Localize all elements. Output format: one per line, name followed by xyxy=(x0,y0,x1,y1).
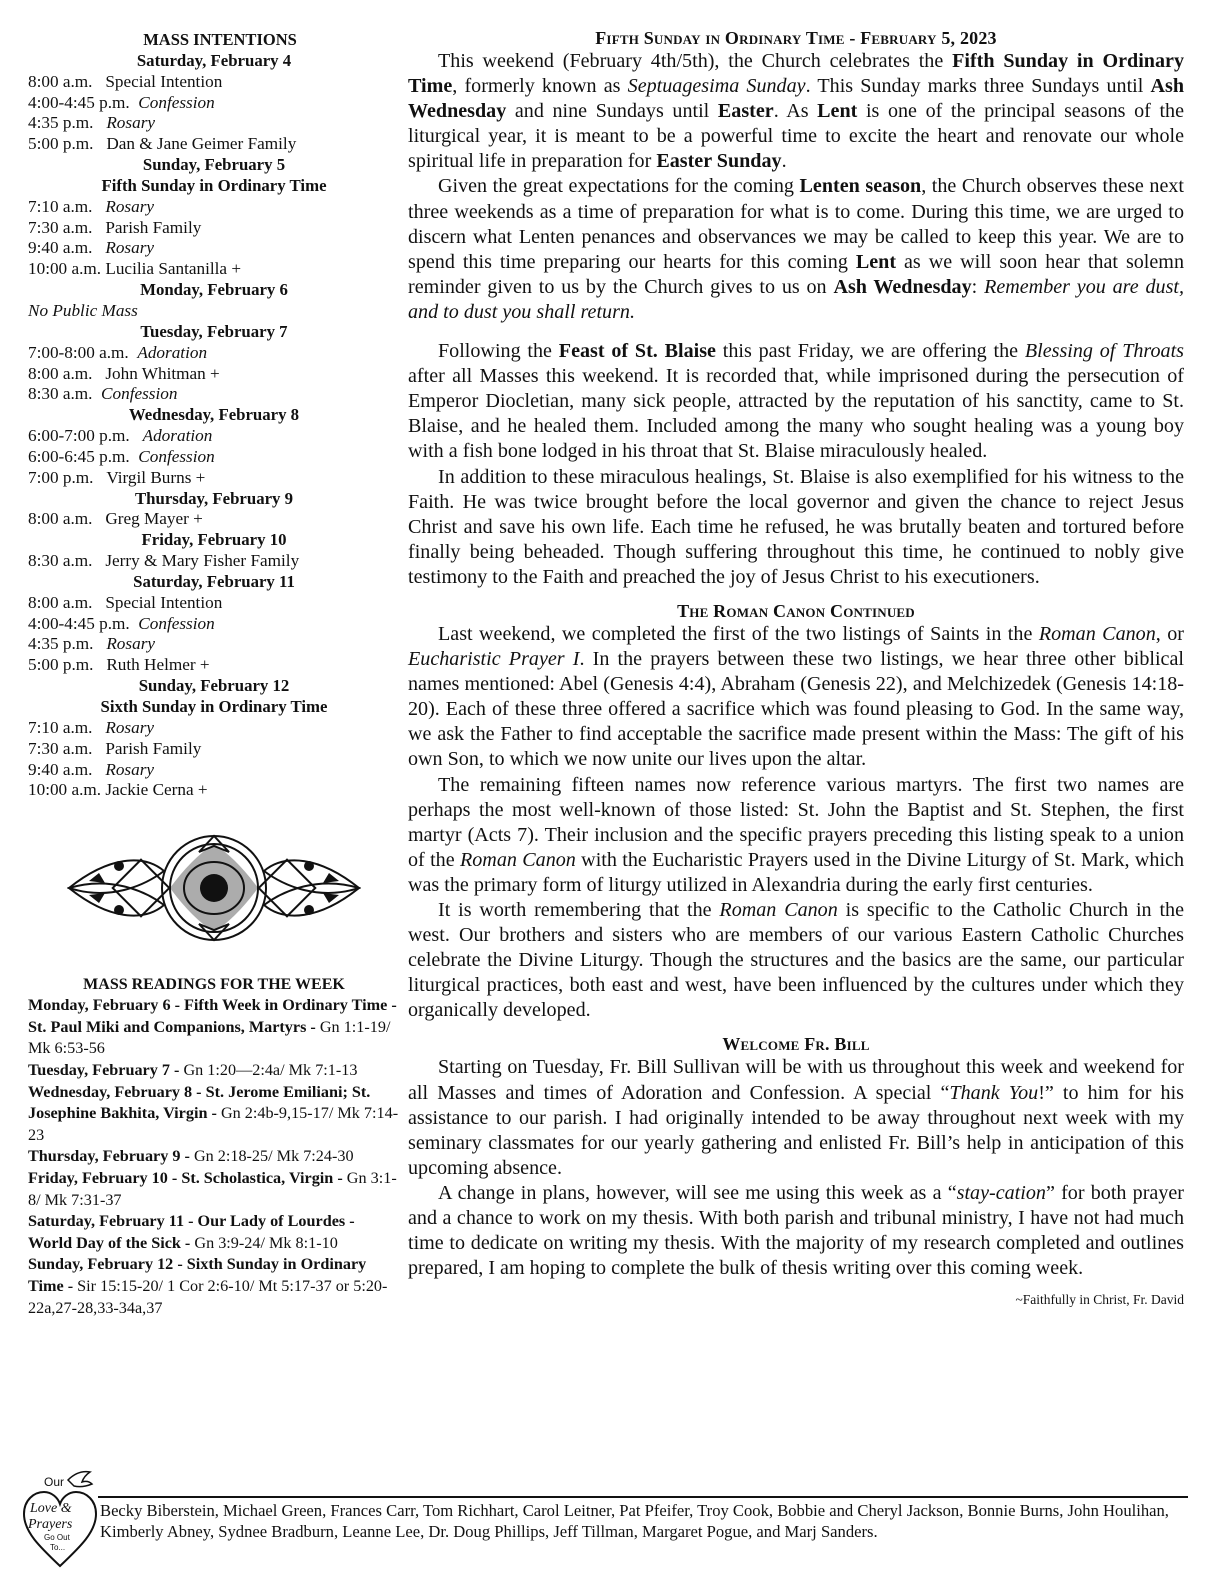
article-paragraph: In addition to these miraculous healings… xyxy=(408,465,1184,590)
intention-row: No Public Mass xyxy=(28,301,400,322)
text-run: Easter Sunday xyxy=(656,150,781,172)
intention-row: 10:00 a.m. Lucilia Santanilla + xyxy=(28,259,400,280)
reading-item: Saturday, February 11 - Our Lady of Lour… xyxy=(28,1211,400,1254)
intention-time: 7:00-8:00 a.m. xyxy=(28,343,137,364)
intention-time: 7:30 a.m. xyxy=(28,739,105,760)
intention-time: 4:00-4:45 p.m. xyxy=(28,614,138,635)
welcome-paragraph: Starting on Tuesday, Fr. Bill Sullivan w… xyxy=(408,1055,1184,1180)
intention-text: John Whitman + xyxy=(105,364,219,383)
intention-time: 4:00-4:45 p.m. xyxy=(28,93,138,114)
reading-refs: Gn 3:9-24/ Mk 8:1-10 xyxy=(194,1234,337,1252)
svg-text:Go Out: Go Out xyxy=(44,1533,71,1542)
welcome-paragraph: A change in plans, however, will see me … xyxy=(408,1181,1184,1281)
intention-text: Dan & Jane Geimer Family xyxy=(106,134,296,153)
prayer-list-names: Becky Biberstein, Michael Green, Frances… xyxy=(100,1500,1190,1542)
text-run: Given the great expectations for the com… xyxy=(438,175,800,197)
intention-row: 5:00 p.m. Dan & Jane Geimer Family xyxy=(28,134,400,155)
intention-text: Parish Family xyxy=(105,739,201,758)
svg-text:Love &: Love & xyxy=(29,1501,72,1516)
intention-row: 8:30 a.m. Jerry & Mary Fisher Family xyxy=(28,551,400,572)
article-body: This weekend (February 4th/5th), the Chu… xyxy=(408,49,1184,590)
roman-canon-body: Last weekend, we completed the first of … xyxy=(408,622,1184,1024)
text-run: . As xyxy=(774,100,817,122)
reading-item: Thursday, February 9 - Gn 2:18-25/ Mk 7:… xyxy=(28,1146,400,1168)
reading-refs: Gn 2:18-25/ Mk 7:24-30 xyxy=(194,1147,354,1165)
text-run: This weekend (February 4th/5th), the Chu… xyxy=(438,50,952,72)
text-run: Easter xyxy=(718,100,774,122)
left-column: MASS INTENTIONS Saturday, February 48:00… xyxy=(28,30,400,1319)
intention-text: Greg Mayer + xyxy=(105,509,203,528)
intention-time: 6:00-6:45 p.m. xyxy=(28,447,138,468)
text-run: In addition to these miraculous healings… xyxy=(408,466,1184,588)
intention-time: 7:00 p.m. xyxy=(28,468,106,489)
mass-intentions-title: MASS INTENTIONS xyxy=(28,30,400,51)
mass-readings-title: MASS READINGS FOR THE WEEK xyxy=(28,975,400,995)
intention-time: 9:40 a.m. xyxy=(28,760,105,781)
day-heading: Saturday, February 11 xyxy=(28,572,400,593)
intention-text: Ruth Helmer + xyxy=(106,655,209,674)
day-heading: Saturday, February 4 xyxy=(28,51,400,72)
text-run: . This Sunday marks three Sundays until xyxy=(806,75,1151,97)
reading-item: Friday, February 10 - St. Scholastica, V… xyxy=(28,1168,400,1211)
reading-refs: Sir 15:15-20/ 1 Cor 2:6-10/ Mt 5:17-37 o… xyxy=(28,1277,387,1317)
intention-time: 9:40 a.m. xyxy=(28,238,105,259)
intention-time: 10:00 a.m. xyxy=(28,780,105,801)
intention-row: 4:00-4:45 p.m. Confession xyxy=(28,614,400,635)
intention-time: 8:00 a.m. xyxy=(28,364,105,385)
intention-row: 8:00 a.m. Special Intention xyxy=(28,72,400,93)
intention-time: 8:00 a.m. xyxy=(28,593,105,614)
intention-text: Confession xyxy=(101,384,177,403)
day-heading: Monday, February 6 xyxy=(28,280,400,301)
intention-text: Jerry & Mary Fisher Family xyxy=(105,551,299,570)
text-run: Lenten season xyxy=(800,175,922,197)
text-run: , formerly known as xyxy=(452,75,627,97)
intention-text: Rosary xyxy=(106,113,155,132)
text-run: this past Friday, we are offering the xyxy=(716,340,1025,362)
intention-text: Rosary xyxy=(105,197,154,216)
reading-day: Thursday, February 9 - xyxy=(28,1147,194,1165)
svg-text:To...: To... xyxy=(50,1543,65,1552)
article-paragraph: Given the great expectations for the com… xyxy=(408,174,1184,325)
intention-text: Special Intention xyxy=(105,593,222,612)
intention-text: Confession xyxy=(138,93,214,112)
article-paragraph: This weekend (February 4th/5th), the Chu… xyxy=(408,49,1184,174)
intention-time: 7:10 a.m. xyxy=(28,197,105,218)
intention-row: 7:30 a.m. Parish Family xyxy=(28,218,400,239)
ornamental-flourish-icon xyxy=(28,823,400,953)
welcome-title: Welcome Fr. Bill xyxy=(408,1033,1184,1055)
text-run: after all Masses this weekend. It is rec… xyxy=(408,365,1184,462)
intention-time: 7:10 a.m. xyxy=(28,718,105,739)
reading-item: Tuesday, February 7 - Gn 1:20—2:4a/ Mk 7… xyxy=(28,1060,400,1082)
intention-row: 7:10 a.m. Rosary xyxy=(28,718,400,739)
text-run: Roman Canon xyxy=(460,849,576,871)
reading-day: Friday, February 10 - St. Scholastica, V… xyxy=(28,1169,347,1187)
intention-time: 5:00 p.m. xyxy=(28,134,106,155)
intention-time: 8:30 a.m. xyxy=(28,384,101,405)
intention-time: 10:00 a.m. xyxy=(28,259,105,280)
intention-row: 8:30 a.m. Confession xyxy=(28,384,400,405)
day-heading: Friday, February 10 xyxy=(28,530,400,551)
intention-row: 6:00-6:45 p.m. Confession xyxy=(28,447,400,468)
heart-dove-logo-icon: Our Love & Prayers Go Out To... xyxy=(20,1462,100,1574)
article-paragraph: Following the Feast of St. Blaise this p… xyxy=(408,339,1184,464)
footer-divider xyxy=(98,1496,1188,1498)
intention-text: Confession xyxy=(138,614,214,633)
text-run: , or xyxy=(1156,623,1184,645)
intention-text: Lucilia Santanilla + xyxy=(105,259,241,278)
day-heading: Sunday, February 5 xyxy=(28,155,400,176)
day-heading: Sunday, February 12 xyxy=(28,676,400,697)
intention-row: 7:00-8:00 a.m. Adoration xyxy=(28,343,400,364)
intention-row: 4:35 p.m. Rosary xyxy=(28,113,400,134)
reading-item: Sunday, February 12 - Sixth Sunday in Or… xyxy=(28,1254,400,1319)
intention-row: 4:00-4:45 p.m. Confession xyxy=(28,93,400,114)
text-run: Lent xyxy=(856,251,896,273)
intention-text: Rosary xyxy=(105,238,154,257)
intention-text: Special Intention xyxy=(105,72,222,91)
intention-time: 7:30 a.m. xyxy=(28,218,105,239)
svg-text:Our: Our xyxy=(44,1475,64,1489)
canon-paragraph: The remaining fifteen names now referenc… xyxy=(408,773,1184,898)
canon-paragraph: Last weekend, we completed the first of … xyxy=(408,622,1184,773)
text-run: . xyxy=(782,150,787,172)
text-run: It is worth remembering that the xyxy=(438,899,719,921)
reading-refs: Gn 1:20—2:4a/ Mk 7:1-13 xyxy=(183,1061,357,1079)
text-run: Roman Canon xyxy=(1039,623,1156,645)
intention-row: 4:35 p.m. Rosary xyxy=(28,634,400,655)
mass-readings-list: Monday, February 6 - Fifth Week in Ordin… xyxy=(28,995,400,1319)
intention-time: 4:35 p.m. xyxy=(28,113,106,134)
intention-time: 4:35 p.m. xyxy=(28,634,106,655)
article-title: Fifth Sunday in Ordinary Time - February… xyxy=(408,27,1184,49)
intention-text: Parish Family xyxy=(105,218,201,237)
text-run: stay-cation xyxy=(957,1182,1046,1204)
intention-text: Confession xyxy=(138,447,214,466)
intention-row: 7:10 a.m. Rosary xyxy=(28,197,400,218)
intention-text: Jackie Cerna + xyxy=(105,780,207,799)
intention-text: No Public Mass xyxy=(28,301,138,320)
intention-time: 8:00 a.m. xyxy=(28,509,105,530)
intention-text: Rosary xyxy=(105,760,154,779)
intention-time: 8:30 a.m. xyxy=(28,551,105,572)
text-run: Following the xyxy=(438,340,559,362)
day-heading: Tuesday, February 7 xyxy=(28,322,400,343)
intention-row: 9:40 a.m. Rosary xyxy=(28,760,400,781)
intention-text: Rosary xyxy=(106,634,155,653)
day-heading: Fifth Sunday in Ordinary Time xyxy=(28,176,400,197)
text-run: : xyxy=(972,276,984,298)
intention-time: 8:00 a.m. xyxy=(28,72,105,93)
intention-row: 5:00 p.m. Ruth Helmer + xyxy=(28,655,400,676)
intention-row: 8:00 a.m. Special Intention xyxy=(28,593,400,614)
text-run: Roman Canon xyxy=(719,899,837,921)
text-run: Lent xyxy=(817,100,857,122)
reading-item: Monday, February 6 - Fifth Week in Ordin… xyxy=(28,995,400,1060)
text-run: Eucharistic Prayer I xyxy=(408,648,579,670)
text-run: A change in plans, however, will see me … xyxy=(438,1182,957,1204)
text-run: Septuagesima Sunday xyxy=(628,75,806,97)
intention-text: Rosary xyxy=(105,718,154,737)
intention-row: 8:00 a.m. John Whitman + xyxy=(28,364,400,385)
welcome-body: Starting on Tuesday, Fr. Bill Sullivan w… xyxy=(408,1055,1184,1281)
intention-text: Virgil Burns + xyxy=(106,468,205,487)
intention-text: Adoration xyxy=(137,343,207,362)
intention-row: 7:30 a.m. Parish Family xyxy=(28,739,400,760)
intention-row: 8:00 a.m. Greg Mayer + xyxy=(28,509,400,530)
text-run: Ash Wednesday xyxy=(833,276,971,298)
reading-day: Tuesday, February 7 - xyxy=(28,1061,183,1079)
roman-canon-title: The Roman Canon Continued xyxy=(408,600,1184,622)
mass-intentions-list: Saturday, February 48:00 a.m. Special In… xyxy=(28,51,400,801)
intention-row: 10:00 a.m. Jackie Cerna + xyxy=(28,780,400,801)
canon-paragraph: It is worth remembering that the Roman C… xyxy=(408,898,1184,1023)
day-heading: Wednesday, February 8 xyxy=(28,405,400,426)
day-heading: Sixth Sunday in Ordinary Time xyxy=(28,697,400,718)
reading-item: Wednesday, February 8 - St. Jerome Emili… xyxy=(28,1082,400,1147)
intention-time: 5:00 p.m. xyxy=(28,655,106,676)
right-column: Fifth Sunday in Ordinary Time - February… xyxy=(408,27,1184,1312)
intention-row: 6:00-7:00 p.m. Adoration xyxy=(28,426,400,447)
text-run: Thank You xyxy=(949,1082,1038,1104)
intention-row: 7:00 p.m. Virgil Burns + xyxy=(28,468,400,489)
text-run: Feast of St. Blaise xyxy=(559,340,716,362)
day-heading: Thursday, February 9 xyxy=(28,489,400,510)
intention-row: 9:40 a.m. Rosary xyxy=(28,238,400,259)
signoff: ~Faithfully in Christ, Fr. David xyxy=(985,1287,1184,1312)
intention-time: 6:00-7:00 p.m. xyxy=(28,426,143,447)
svg-text:Prayers: Prayers xyxy=(27,1517,73,1532)
text-run: Last weekend, we completed the first of … xyxy=(438,623,1039,645)
text-run: and nine Sundays until xyxy=(506,100,718,122)
intention-text: Adoration xyxy=(143,426,213,445)
text-run: Blessing of Throats xyxy=(1025,340,1184,362)
